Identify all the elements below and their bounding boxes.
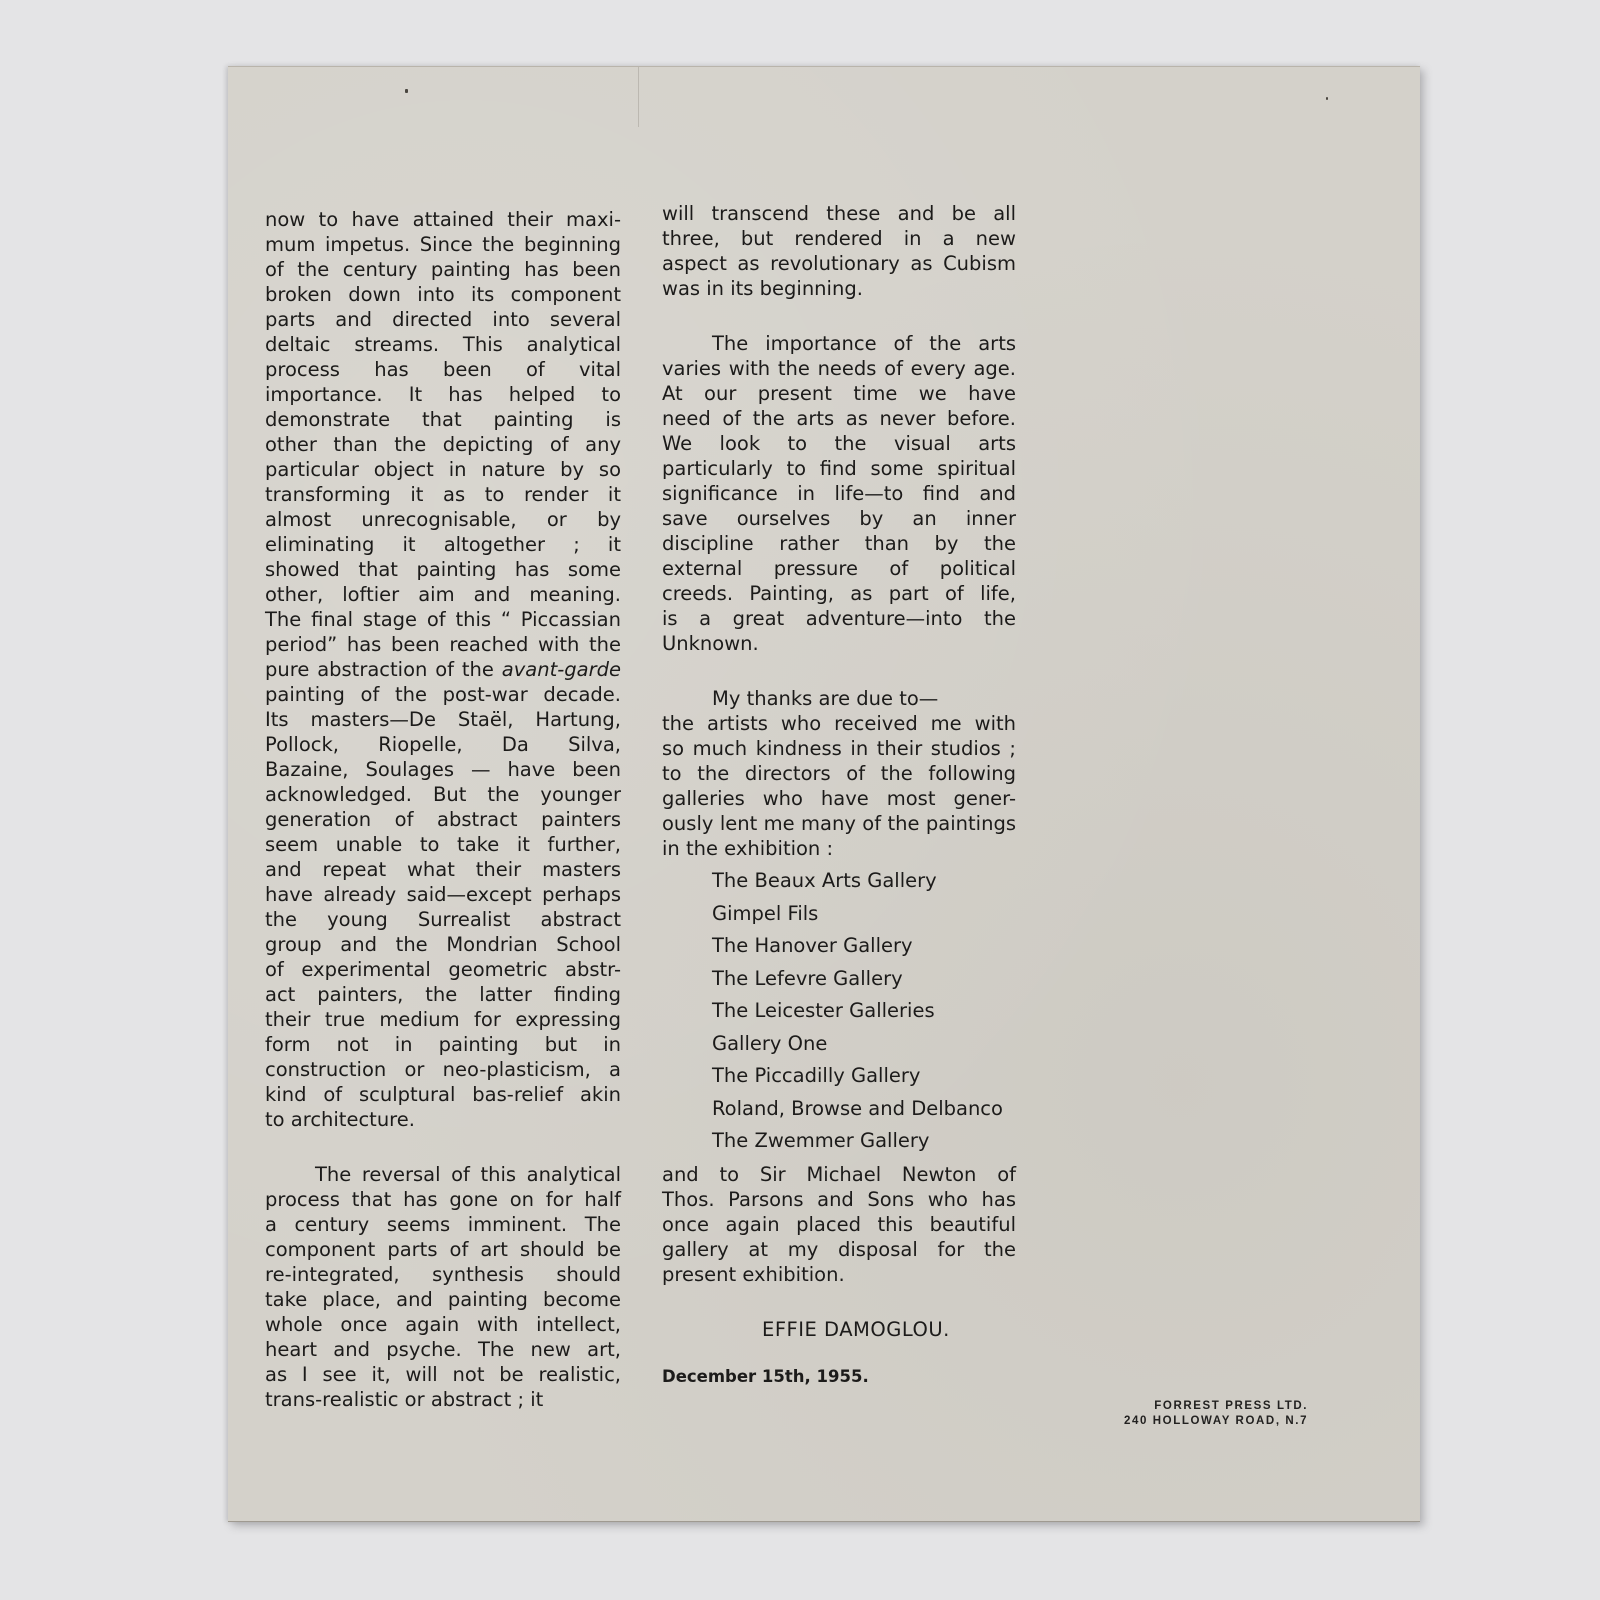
paragraph: now to have attained their maxi-mum impe…	[265, 207, 621, 1132]
text-line: broken down into its component	[265, 282, 621, 307]
text-line: and to Sir Michael Newton of	[662, 1162, 1016, 1187]
text-line: group and the Mondrian School	[265, 932, 621, 957]
text-line: importance. It has helped to	[265, 382, 621, 407]
text-line: heart and psyche. The new art,	[265, 1337, 621, 1362]
text-line: My thanks are due to—	[662, 686, 1016, 711]
text-line: process that has gone on for half	[265, 1187, 621, 1212]
author-signature: EFFIE DAMOGLOU.	[662, 1317, 1016, 1342]
text-line: need of the arts as never before.	[662, 406, 1016, 431]
text-line: save ourselves by an inner	[662, 506, 1016, 531]
text-line: external pressure of political	[662, 556, 1016, 581]
text-line: At our present time we have	[662, 381, 1016, 406]
text-line: significance in life—to find and	[662, 481, 1016, 506]
gallery-item: The Beaux Arts Gallery	[712, 865, 1016, 898]
text-line: period” has been reached with the	[265, 632, 621, 657]
text-line: other than the depicting of any	[265, 432, 621, 457]
gallery-item: The Lefevre Gallery	[712, 963, 1016, 996]
text-line: of experimental geometric abstr-	[265, 957, 621, 982]
text-line: galleries who have most gener-	[662, 786, 1016, 811]
text-line: pure abstraction of the avant-garde	[265, 657, 621, 682]
gallery-item: The Leicester Galleries	[712, 995, 1016, 1028]
text-line: creeds. Painting, as part of life,	[662, 581, 1016, 606]
text-line: parts and directed into several	[265, 307, 621, 332]
text-line: ously lent me many of the paintings	[662, 811, 1016, 836]
printer-imprint: FORREST PRESS LTD. 240 HOLLOWAY ROAD, N.…	[1124, 1399, 1308, 1429]
text-line: once again placed this beautiful	[662, 1212, 1016, 1237]
text-line: particular object in nature by so	[265, 457, 621, 482]
text-line: is a great adventure—into the	[662, 606, 1016, 631]
text-line: aspect as revolutionary as Cubism	[662, 251, 1016, 276]
text-line: to the directors of the following	[662, 761, 1016, 786]
paragraph-gap	[662, 301, 1016, 331]
gallery-list: The Beaux Arts GalleryGimpel FilsThe Han…	[712, 865, 1016, 1158]
document-page: now to have attained their maxi-mum impe…	[228, 66, 1420, 1522]
text-line: The final stage of this “ Piccassian	[265, 607, 621, 632]
paragraph: will transcend these and be allthree, bu…	[662, 201, 1016, 301]
text-line: their true medium for expressing	[265, 1007, 621, 1032]
acknowledgements-intro: My thanks are due to—the artists who rec…	[662, 686, 1016, 861]
text-line: almost unrecognisable, or by	[265, 507, 621, 532]
text-line: varies with the needs of every age.	[662, 356, 1016, 381]
right-column-paragraphs: will transcend these and be allthree, bu…	[662, 201, 1016, 656]
text-line: component parts of art should be	[265, 1237, 621, 1262]
paragraph: The reversal of this analyticalprocess t…	[265, 1162, 621, 1412]
text-line: will transcend these and be all	[662, 201, 1016, 226]
text-line: demonstrate that painting is	[265, 407, 621, 432]
text-line: process has been of vital	[265, 357, 621, 382]
paragraph-gap	[265, 1132, 621, 1162]
text-line: We look to the visual arts	[662, 431, 1016, 456]
acknowledgements-closing: and to Sir Michael Newton ofThos. Parson…	[662, 1162, 1016, 1287]
gallery-item: The Hanover Gallery	[712, 930, 1016, 963]
text-line: take place, and painting become	[265, 1287, 621, 1312]
text-line: Unknown.	[662, 631, 1016, 656]
text-line: was in its beginning.	[662, 276, 1016, 301]
text-line: discipline rather than by the	[662, 531, 1016, 556]
text-line: kind of sculptural bas-relief akin	[265, 1082, 621, 1107]
text-line: act painters, the latter finding	[265, 982, 621, 1007]
text-line: seem unable to take it further,	[265, 832, 621, 857]
bleed-through-text	[1018, 157, 1418, 1257]
text-line: transforming it as to render it	[265, 482, 621, 507]
text-line: have already said—except perhaps	[265, 882, 621, 907]
text-line: re-integrated, synthesis should	[265, 1262, 621, 1287]
text-line: Its masters—De Staël, Hartung,	[265, 707, 621, 732]
text-line: a century seems imminent. The	[265, 1212, 621, 1237]
text-line: now to have attained their maxi-	[265, 207, 621, 232]
text-line: in the exhibition :	[662, 836, 1016, 861]
right-column: will transcend these and be allthree, bu…	[662, 201, 1016, 1389]
text-line: three, but rendered in a new	[662, 226, 1016, 251]
left-column-paragraphs: now to have attained their maxi-mum impe…	[265, 207, 621, 1412]
text-line: showed that painting has some	[265, 557, 621, 582]
text-line: trans-realistic or abstract ; it	[265, 1387, 621, 1412]
text-line: Pollock, Riopelle, Da Silva,	[265, 732, 621, 757]
text-line: painting of the post-war decade.	[265, 682, 621, 707]
text-line: Thos. Parsons and Sons who has	[662, 1187, 1016, 1212]
text-line: form not in painting but in	[265, 1032, 621, 1057]
text-line: the young Surrealist abstract	[265, 907, 621, 932]
text-line: acknowledged. But the younger	[265, 782, 621, 807]
italic-term: avant-garde	[502, 658, 621, 681]
text-line: The reversal of this analytical	[265, 1162, 621, 1187]
printer-name: FORREST PRESS LTD.	[1124, 1399, 1308, 1414]
text-line: deltaic streams. This analytical	[265, 332, 621, 357]
text-line: the artists who received me with	[662, 711, 1016, 736]
text-line: gallery at my disposal for the	[662, 1237, 1016, 1262]
paper-crease	[638, 67, 639, 127]
text-line: present exhibition.	[662, 1262, 1016, 1287]
document-date: December 15th, 1955.	[662, 1364, 1016, 1389]
text-line: other, loftier aim and meaning.	[265, 582, 621, 607]
text-line: Bazaine, Soulages — have been	[265, 757, 621, 782]
text-line: The importance of the arts	[662, 331, 1016, 356]
text-line: to architecture.	[265, 1107, 621, 1132]
text-line: eliminating it altogether ; it	[265, 532, 621, 557]
left-column: now to have attained their maxi-mum impe…	[265, 207, 621, 1412]
gallery-item: Gimpel Fils	[712, 898, 1016, 931]
gallery-item: Gallery One	[712, 1028, 1016, 1061]
paragraph: The importance of the artsvaries with th…	[662, 331, 1016, 656]
printer-address: 240 HOLLOWAY ROAD, N.7	[1124, 1414, 1308, 1429]
text-line: of the century painting has been	[265, 257, 621, 282]
text-line: as I see it, will not be realistic,	[265, 1362, 621, 1387]
text-line: whole once again with intellect,	[265, 1312, 621, 1337]
paper-speck	[1326, 97, 1328, 100]
paragraph-gap	[662, 656, 1016, 686]
paper-speck	[405, 89, 408, 93]
text-line: particularly to find some spiritual	[662, 456, 1016, 481]
text-line: so much kindness in their studios ;	[662, 736, 1016, 761]
gallery-item: The Zwemmer Gallery	[712, 1125, 1016, 1158]
text-line: mum impetus. Since the beginning	[265, 232, 621, 257]
text-line: generation of abstract painters	[265, 807, 621, 832]
text-line: construction or neo-plasticism, a	[265, 1057, 621, 1082]
gallery-item: Roland, Browse and Delbanco	[712, 1093, 1016, 1126]
text-line: and repeat what their masters	[265, 857, 621, 882]
gallery-item: The Piccadilly Gallery	[712, 1060, 1016, 1093]
